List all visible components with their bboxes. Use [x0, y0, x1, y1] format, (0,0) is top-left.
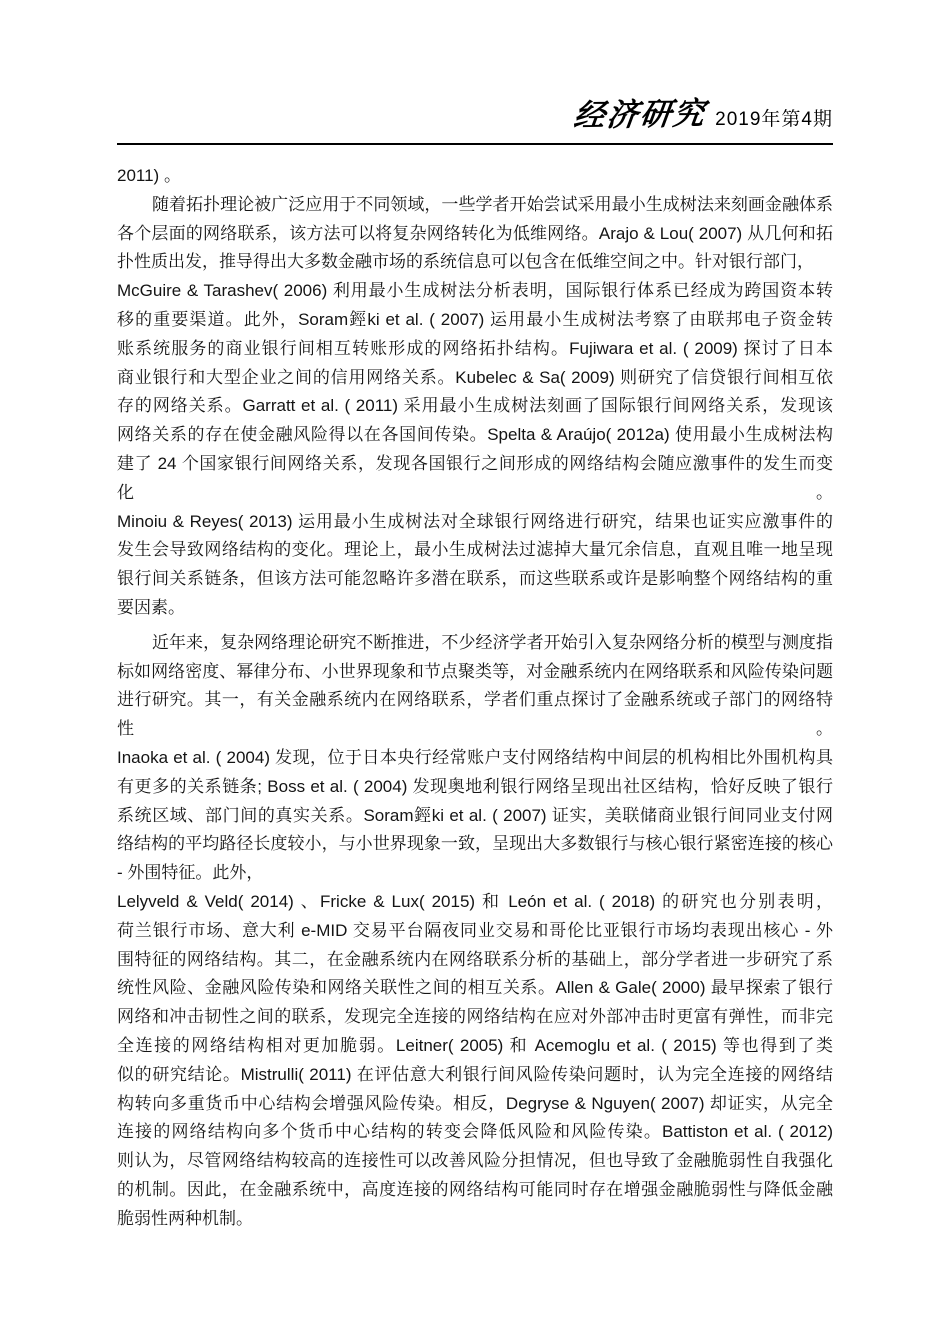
text-line: 进行研究。其一，有关金融系统内在网络联系，学者们重点探讨了金融系统或子部门的网络…	[117, 686, 833, 744]
text-line: - 外围特征。此外，	[117, 859, 833, 888]
text-line: 荷兰银行市场、意大利 e-MID 交易平台隔夜同业交易和哥伦比亚银行市场均表现出…	[117, 917, 833, 946]
text-line: 扑性质出发，推导得出大多数金融市场的系统信息可以包含在低维空间之中。针对银行部门…	[117, 248, 833, 277]
text-line: 有更多的关系链条; Boss et al. ( 2004) 发现奥地利银行网络呈…	[117, 773, 833, 802]
text-line: 近年来，复杂网络理论研究不断推进，不少经济学者开始引入复杂网络分析的模型与测度指	[117, 629, 833, 658]
text-line: 全连接的网络结构相对更加脆弱。Leitner( 2005) 和 Acemoglu…	[117, 1032, 833, 1061]
paragraph: 随着拓扑理论被广泛应用于不同领域，一些学者开始尝试采用最小生成树法来刻画金融体系…	[117, 191, 833, 623]
text-line: Inaoka et al. ( 2004) 发现，位于日本央行经常账户支付网络结…	[117, 744, 833, 773]
text-line: 构转向多重货币中心结构会增强风险传染。相反，Degryse & Nguyen( …	[117, 1090, 833, 1119]
issue-label: 2019年第4期	[715, 110, 833, 129]
text-line: 银行间关系链条，但该方法可能忽略许多潜在联系，而这些联系或许是影响整个网络结构的…	[117, 565, 833, 594]
text-line: 移的重要渠道。此外，Soram鋞ki et al. ( 2007) 运用最小生成…	[117, 306, 833, 335]
text-line: 络结构的平均路径长度较小，与小世界现象一致，呈现出大多数银行与核心银行紧密连接的…	[117, 830, 833, 859]
text-line: Minoiu & Reyes( 2013) 运用最小生成树法对全球银行网络进行研…	[117, 508, 833, 537]
text-line: 标如网络密度、幂律分布、小世界现象和节点聚类等，对金融系统内在网络联系和风险传染…	[117, 658, 833, 687]
text-line: 统性风险、金融风险传染和网络关联性之间的相互关系。Allen & Gale( 2…	[117, 974, 833, 1003]
text-line: 商业银行和大型企业之间的信用网络关系。Kubelec & Sa( 2009) 则…	[117, 364, 833, 393]
text-line: 2011) 。	[117, 162, 833, 191]
text-line: 各个层面的网络联系，该方法可以将复杂网络转化为低维网络。Arajo & Lou(…	[117, 220, 833, 249]
paragraph: 近年来，复杂网络理论研究不断推进，不少经济学者开始引入复杂网络分析的模型与测度指…	[117, 629, 833, 1234]
article-body: 2011) 。随着拓扑理论被广泛应用于不同领域，一些学者开始尝试采用最小生成树法…	[117, 145, 833, 1233]
text-line: 的机制。因此，在金融系统中，高度连接的网络结构可能同时存在增强金融脆弱性与降低金…	[117, 1176, 833, 1205]
journal-page: 经济研究 2019年第4期 2011) 。随着拓扑理论被广泛应用于不同领域，一些…	[0, 0, 950, 1344]
text-line: 网络关系的存在使金融风险得以在各国间传染。Spelta & Araújo( 20…	[117, 421, 833, 450]
text-line: 建了 24 个国家银行间网络关系，发现各国银行之间形成的网络结构会随应激事件的发…	[117, 450, 833, 508]
text-line: 围特征的网络结构。其二，在金融系统内在网络联系分析的基础上，部分学者进一步研究了…	[117, 946, 833, 975]
text-line: 连接的网络结构向多个货币中心结构的转变会降低风险和风险传染。Battiston …	[117, 1118, 833, 1147]
text-line: 网络和冲击韧性之间的联系，发现完全连接的网络结构在应对外部冲击时更富有弹性，而非…	[117, 1003, 833, 1032]
text-line: 则认为，尽管网络结构较高的连接性可以改善风险分担情况，但也导致了金融脆弱性自我强…	[117, 1147, 833, 1176]
text-line: 发生会导致网络结构的变化。理论上，最小生成树法过滤掉大量冗余信息，直观且唯一地呈…	[117, 536, 833, 565]
text-line: 要因素。	[117, 594, 833, 623]
journal-logo: 经济研究	[572, 99, 708, 132]
text-line: 系统区域、部门间的真实关系。Soram鋞ki et al. ( 2007) 证实…	[117, 802, 833, 831]
text-line: 账系统服务的商业银行间相互转账形成的网络拓扑结构。Fujiwara et al.…	[117, 335, 833, 364]
text-line: 存的网络关系。Garratt et al. ( 2011) 采用最小生成树法刻画…	[117, 392, 833, 421]
text-line: Lelyveld & Veld( 2014) 、Fricke & Lux( 20…	[117, 888, 833, 917]
text-line: 似的研究结论。Mistrulli( 2011) 在评估意大利银行间风险传染问题时…	[117, 1061, 833, 1090]
text-line: 随着拓扑理论被广泛应用于不同领域，一些学者开始尝试采用最小生成树法来刻画金融体系	[117, 191, 833, 220]
page-header: 经济研究 2019年第4期	[574, 100, 833, 131]
text-line: 脆弱性两种机制。	[117, 1205, 833, 1234]
text-line: McGuire & Tarashev( 2006) 利用最小生成树法分析表明，国…	[117, 277, 833, 306]
paragraph: 2011) 。	[117, 162, 833, 191]
